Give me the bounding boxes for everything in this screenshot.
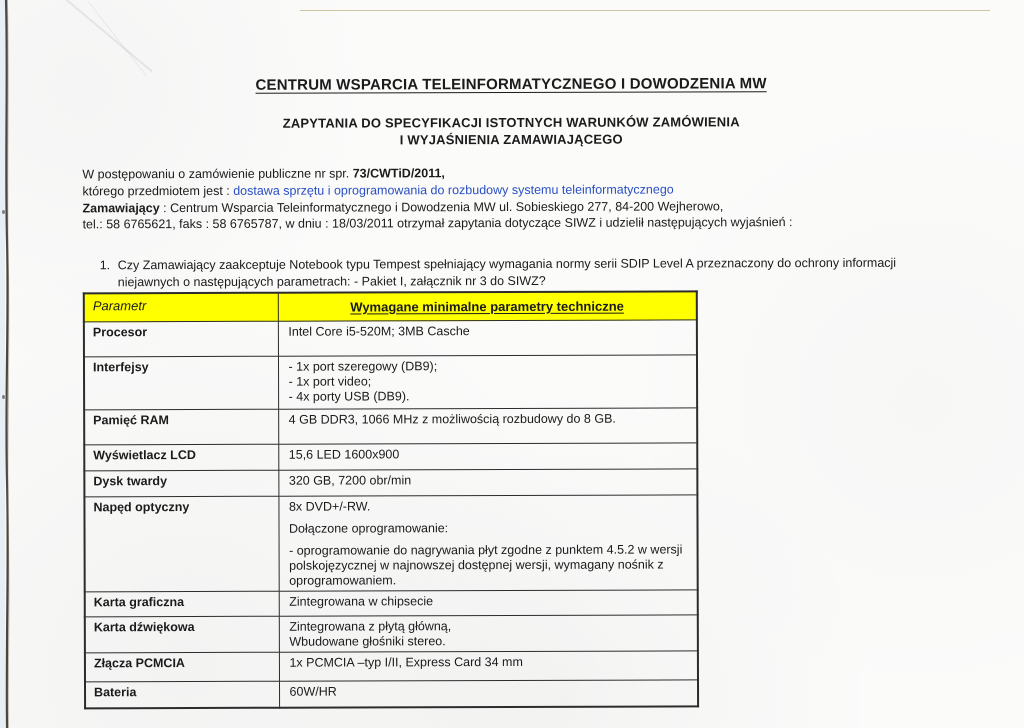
document-content: CENTRUM WSPARCIA TELEINFORMATYCZNEGO I D… xyxy=(0,0,1024,728)
param-value-cell: Intel Core i5-520M; 3MB Casche xyxy=(278,320,697,356)
intro-paragraph: W postępowaniu o zamówienie publiczne nr… xyxy=(82,164,962,234)
param-value-cell: Zintegrowana w chipsecie xyxy=(279,590,698,616)
contracting-authority-label: Zamawiający xyxy=(82,201,159,215)
value-line: - 4x porty USB (DB9). xyxy=(289,388,689,404)
question-number: 1. xyxy=(100,257,118,290)
value-line: Intel Core i5-520M; 3MB Casche xyxy=(288,323,688,339)
table-row: Dysk twardy 320 GB, 7200 obr/min xyxy=(84,469,697,497)
header-cell-parametr: Parametr xyxy=(84,293,278,322)
case-number: 73/CWTiD/2011, xyxy=(353,166,445,180)
page-title: CENTRUM WSPARCIA TELEINFORMATYCZNEGO I D… xyxy=(71,75,951,95)
param-value-cell: 8x DVD+/-RW. Dołączone oprogramowanie: -… xyxy=(278,495,697,591)
parameters-table: Parametr Wymagane minimalne parametry te… xyxy=(83,290,699,709)
param-name-cell: Dysk twardy xyxy=(84,470,278,497)
value-line: 8x DVD+/-RW. xyxy=(289,498,689,514)
value-line: Wbudowane głośniki stereo. xyxy=(289,633,689,649)
value-line: 60W/HR xyxy=(290,683,690,699)
scanned-page: CENTRUM WSPARCIA TELEINFORMATYCZNEGO I D… xyxy=(0,0,1024,728)
value-line: 320 GB, 7200 obr/min xyxy=(289,472,689,488)
table-row: Pamięć RAM 4 GB DDR3, 1066 MHz z możliwo… xyxy=(84,408,697,445)
question-item-1: 1. Czy Zamawiający zaakceptuje Notebook … xyxy=(100,255,900,291)
header-cell-requirements: Wymagane minimalne parametry techniczne xyxy=(278,291,697,321)
header-cell-requirements-text: Wymagane minimalne parametry techniczne xyxy=(350,298,624,314)
param-name-cell: Procesor xyxy=(84,321,278,357)
value-line: 15,6 LED 1600x900 xyxy=(289,446,689,462)
param-name-cell: Karta dźwiękowa xyxy=(85,616,279,653)
intro-text: którego przedmiotem jest : xyxy=(82,184,233,198)
document-subtitle: ZAPYTANIA DO SPECYFIKACJI ISTOTNYCH WARU… xyxy=(71,113,951,150)
table-row: Bateria 60W/HR xyxy=(85,680,698,708)
intro-text: W postępowaniu o zamówienie publiczne nr… xyxy=(82,166,352,181)
table-header-row: Parametr Wymagane minimalne parametry te… xyxy=(84,291,697,321)
param-name-cell: Wyświetlacz LCD xyxy=(84,444,278,471)
subtitle-line-2: I WYJAŚNIENIA ZAMAWIAJĄCEGO xyxy=(71,130,951,150)
table-row: Złącza PCMCIA 1x PCMCIA –typ I/II, Expre… xyxy=(85,651,698,682)
table-row: Wyświetlacz LCD 15,6 LED 1600x900 xyxy=(84,443,697,471)
param-name-cell: Napęd optyczny xyxy=(84,496,278,592)
param-value-cell: - 1x port szeregowy (DB9); - 1x port vid… xyxy=(278,355,697,409)
value-line: - 1x port szeregowy (DB9); xyxy=(288,358,688,374)
table-row: Napęd optyczny 8x DVD+/-RW. Dołączone op… xyxy=(84,495,697,592)
intro-line-4: tel.: 58 6765621, faks : 58 6765787, w d… xyxy=(83,214,963,234)
value-line: - oprogramowanie do nagrywania płyt zgod… xyxy=(289,542,689,588)
param-value-cell: 4 GB DDR3, 1066 MHz z możliwością rozbud… xyxy=(278,408,697,444)
param-name-cell: Karta graficzna xyxy=(85,591,279,617)
intro-text: : Centrum Wsparcia Teleinformatycznego i… xyxy=(160,199,724,215)
table-row: Interfejsy - 1x port szeregowy (DB9); - … xyxy=(84,355,697,410)
table-row: Karta dźwiękowa Zintegrowana z płytą głó… xyxy=(85,615,698,653)
table-row: Karta graficzna Zintegrowana w chipsecie xyxy=(85,590,698,617)
param-name-cell: Złącza PCMCIA xyxy=(85,652,279,682)
param-value-cell: Zintegrowana z płytą główną, Wbudowane g… xyxy=(279,615,698,652)
question-text: Czy Zamawiający zaakceptuje Notebook typ… xyxy=(118,255,900,290)
value-line: 1x PCMCIA –typ I/II, Express Card 34 mm xyxy=(289,654,689,670)
procurement-subject-text: dostawa sprzętu i oprogramowania do rozb… xyxy=(233,182,674,197)
param-name-cell: Bateria xyxy=(85,681,279,708)
value-line: Zintegrowana w chipsecie xyxy=(289,593,689,609)
param-value-cell: 15,6 LED 1600x900 xyxy=(278,443,697,470)
table-row: Procesor Intel Core i5-520M; 3MB Casche xyxy=(84,320,697,357)
value-line: Zintegrowana z płytą główną, xyxy=(289,618,689,634)
value-line: - 1x port video; xyxy=(289,373,689,389)
value-line: Dołączone oprogramowanie: xyxy=(289,520,689,536)
param-value-cell: 320 GB, 7200 obr/min xyxy=(278,469,697,496)
value-line: 4 GB DDR3, 1066 MHz z możliwością rozbud… xyxy=(289,411,689,427)
param-name-cell: Pamięć RAM xyxy=(84,409,278,445)
param-value-cell: 60W/HR xyxy=(279,680,698,708)
param-value-cell: 1x PCMCIA –typ I/II, Express Card 34 mm xyxy=(279,651,698,681)
param-name-cell: Interfejsy xyxy=(84,356,278,410)
